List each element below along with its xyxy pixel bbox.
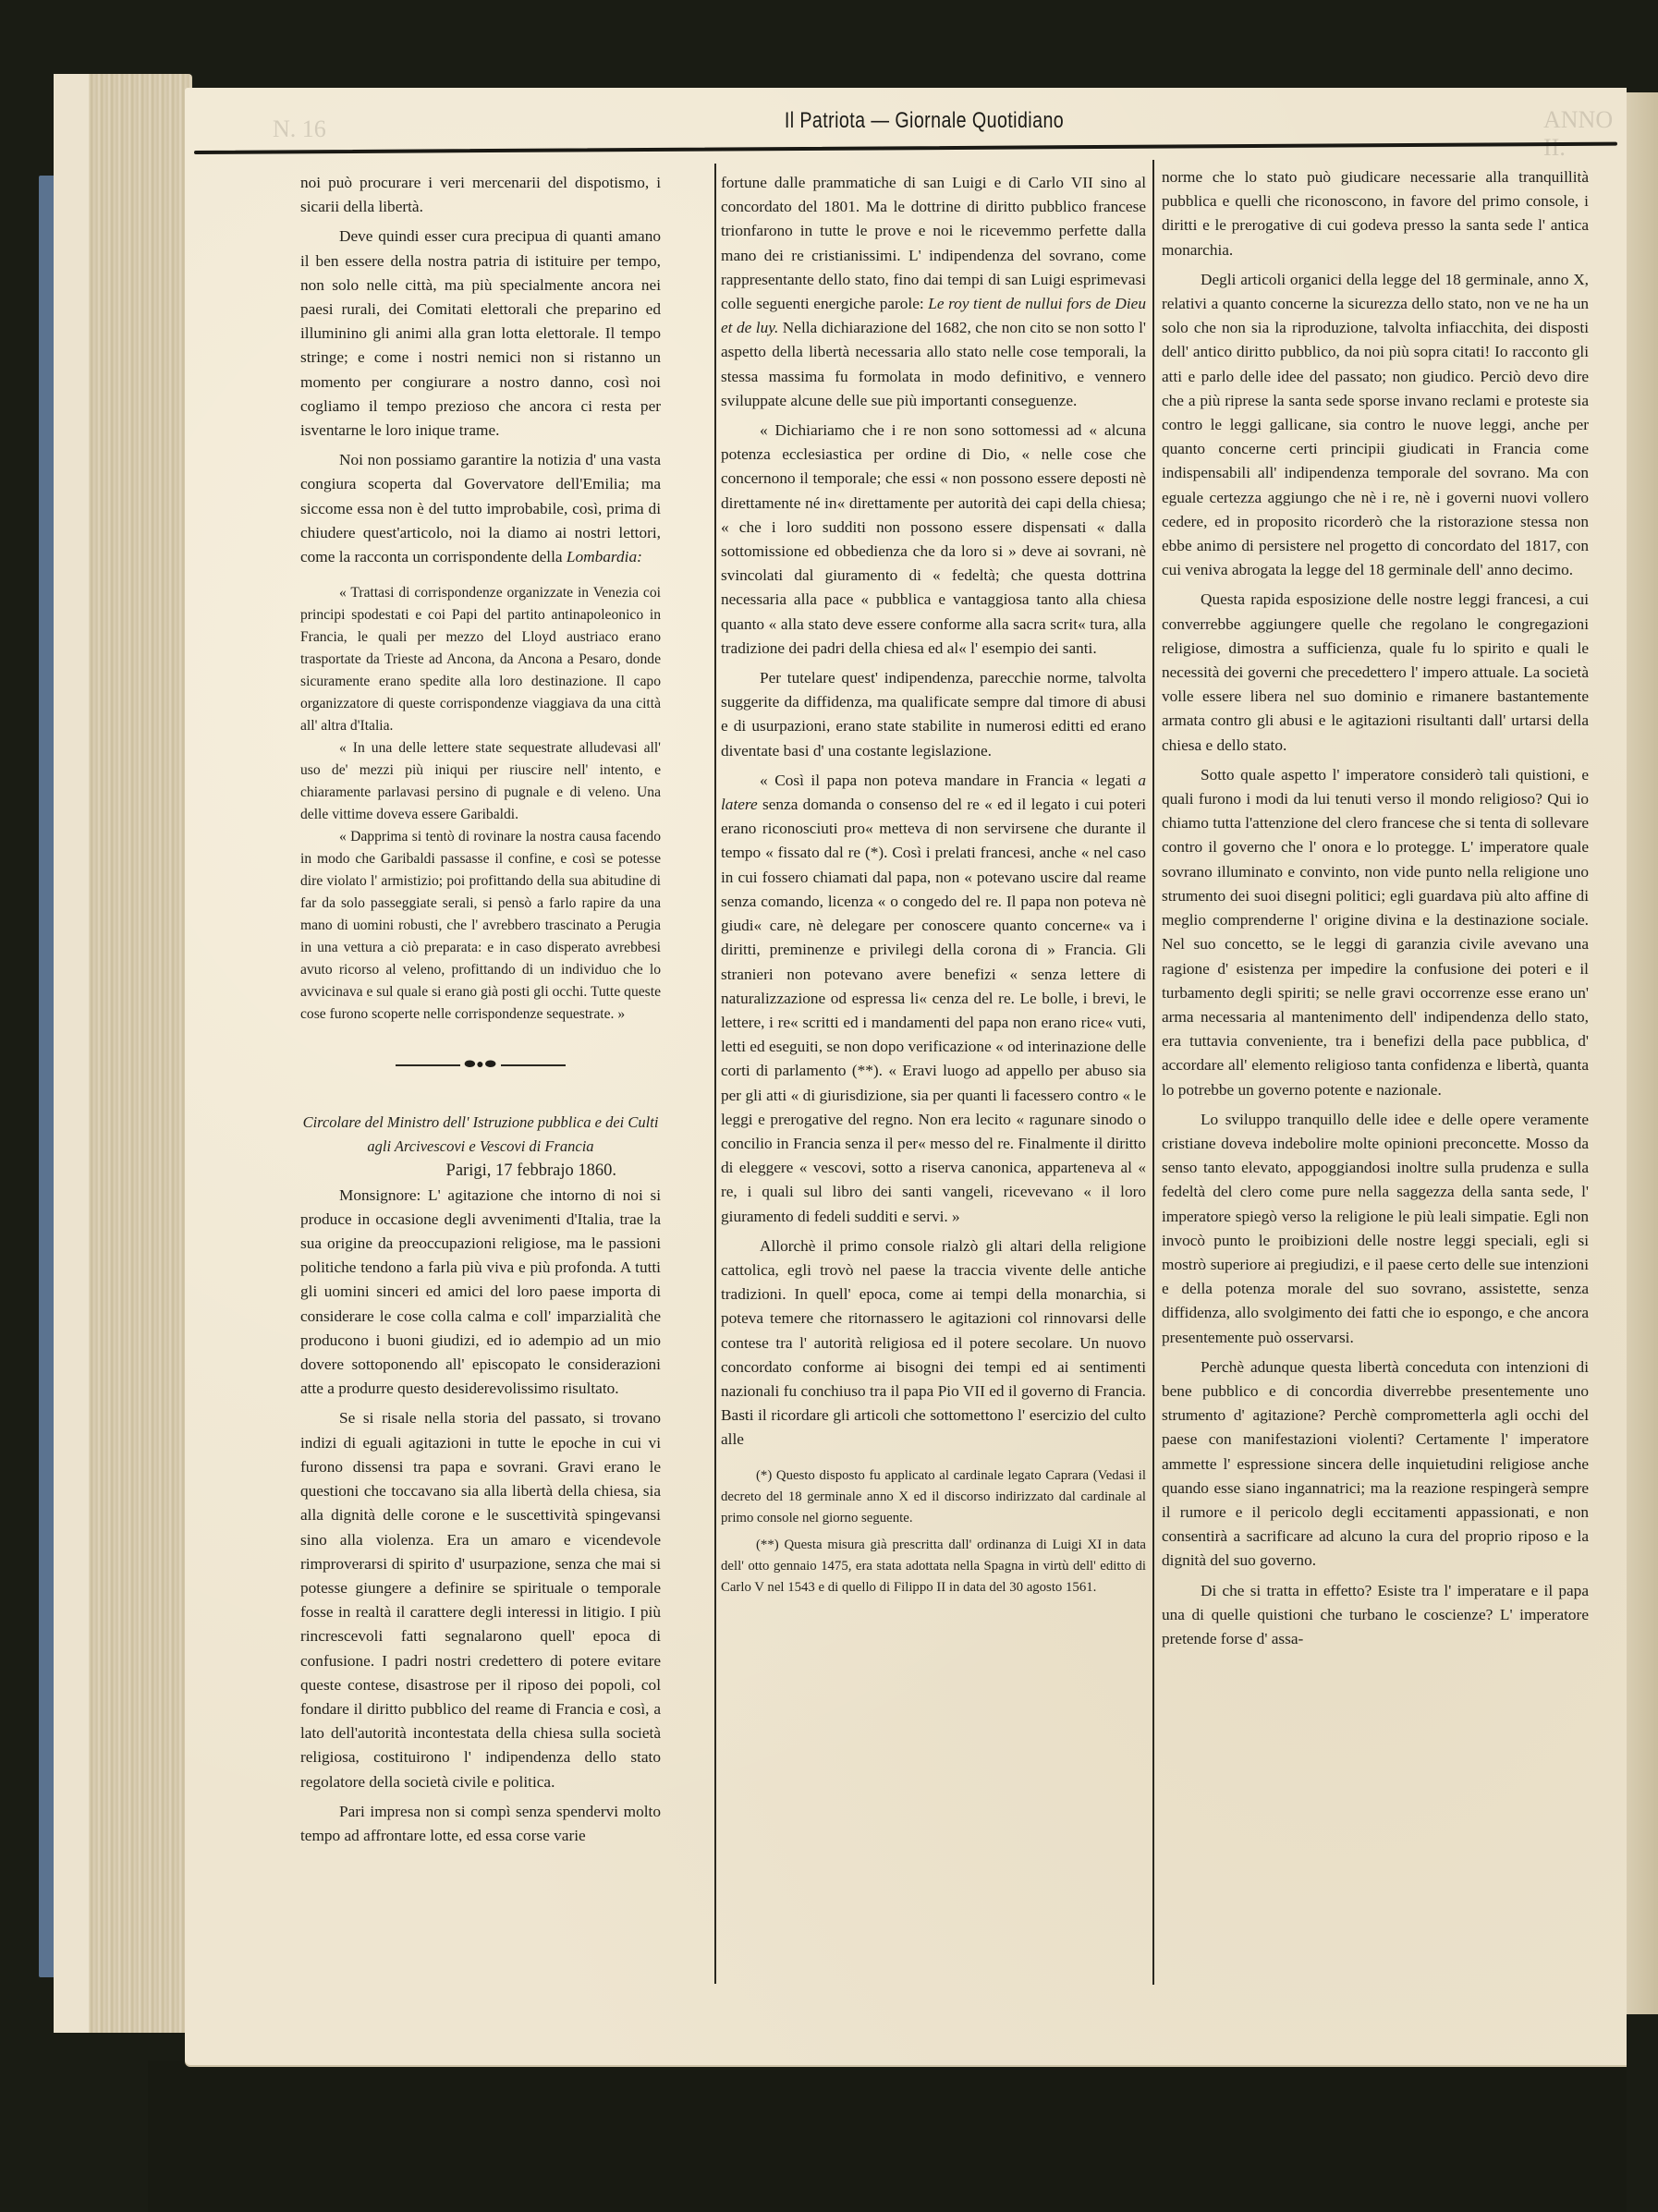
column-separator	[1152, 160, 1154, 1985]
quote-paragraph: « Così il papa non poteva mandare in Fra…	[721, 769, 1146, 1229]
paragraph: Noi non possiamo garantire la notizia d'…	[300, 448, 661, 569]
quote-paragraph: « In una delle lettere state sequestrate…	[300, 737, 661, 826]
paragraph: Deve quindi esser cura precipua di quant…	[300, 225, 661, 443]
stack-edge	[54, 74, 89, 2033]
paragraph: Pari impresa non si compì senza spenderv…	[300, 1800, 661, 1848]
paragraph: Se si risale nella storia del passato, s…	[300, 1406, 661, 1793]
year-marker-bleed: ANNO II.	[1543, 106, 1627, 162]
column-2: fortune dalle prammatiche di san Luigi e…	[721, 171, 1146, 1598]
quote-paragraph: « Dapprima si tentò di rovinare la nostr…	[300, 826, 661, 1026]
masthead-title: Il Patriota — Giornale Quotidiano	[545, 108, 1303, 134]
footnote-1: (*) Questo disposto fu applicato al card…	[721, 1465, 1146, 1529]
quote-paragraph: « Dichiariamo che i re non sono sottomes…	[721, 419, 1146, 661]
dateline: Parigi, 17 febbrajo 1860.	[300, 1159, 661, 1183]
facing-page-edge	[1627, 92, 1658, 2014]
header-rule	[194, 142, 1617, 154]
paragraph: Lo sviluppo tranquillo delle idee e dell…	[1162, 1108, 1589, 1350]
paragraph: Degli articoli organici della legge del …	[1162, 268, 1589, 583]
column-3: norme che lo stato può giudicare necessa…	[1162, 165, 1589, 1651]
paragraph: Per tutelare quest' indipendenza, parecc…	[721, 666, 1146, 763]
column-1: noi può procurare i veri mercenarii del …	[300, 171, 661, 1848]
paragraph: Monsignore: L' agitazione che intorno di…	[300, 1184, 661, 1402]
paragraph: Sotto quale aspetto l' imperatore consid…	[1162, 763, 1589, 1102]
footnote-2: (**) Questa misura già prescritta dall' …	[721, 1535, 1146, 1598]
paragraph: noi può procurare i veri mercenarii del …	[300, 171, 661, 219]
paragraph: Questa rapida esposizione delle nostre l…	[1162, 588, 1589, 757]
paragraph: Allorchè il primo console rialzò gli alt…	[721, 1234, 1146, 1452]
section-ornament: ⬬●⬬	[300, 1053, 661, 1077]
paragraph: Perchè adunque questa libertà conceduta …	[1162, 1355, 1589, 1574]
quote-paragraph: « Trattasi di corrispondenze organizzate…	[300, 582, 661, 737]
column-separator	[714, 164, 716, 1984]
circular-title: Circolare del Ministro dell' Istruzione …	[300, 1111, 661, 1159]
bottom-shadow	[148, 2060, 1627, 2212]
newspaper-page: N. 16 ANNO II. Il Patriota — Giornale Qu…	[185, 88, 1627, 2065]
paragraph: fortune dalle prammatiche di san Luigi e…	[721, 171, 1146, 413]
issue-number-bleed: N. 16	[273, 115, 326, 143]
page-stack	[54, 74, 192, 2033]
footnotes: (*) Questo disposto fu applicato al card…	[721, 1465, 1146, 1598]
paragraph: Di che si tratta in effetto? Esiste tra …	[1162, 1579, 1589, 1652]
paragraph: norme che lo stato può giudicare necessa…	[1162, 165, 1589, 262]
newspaper-name: Lombardia:	[567, 548, 642, 565]
